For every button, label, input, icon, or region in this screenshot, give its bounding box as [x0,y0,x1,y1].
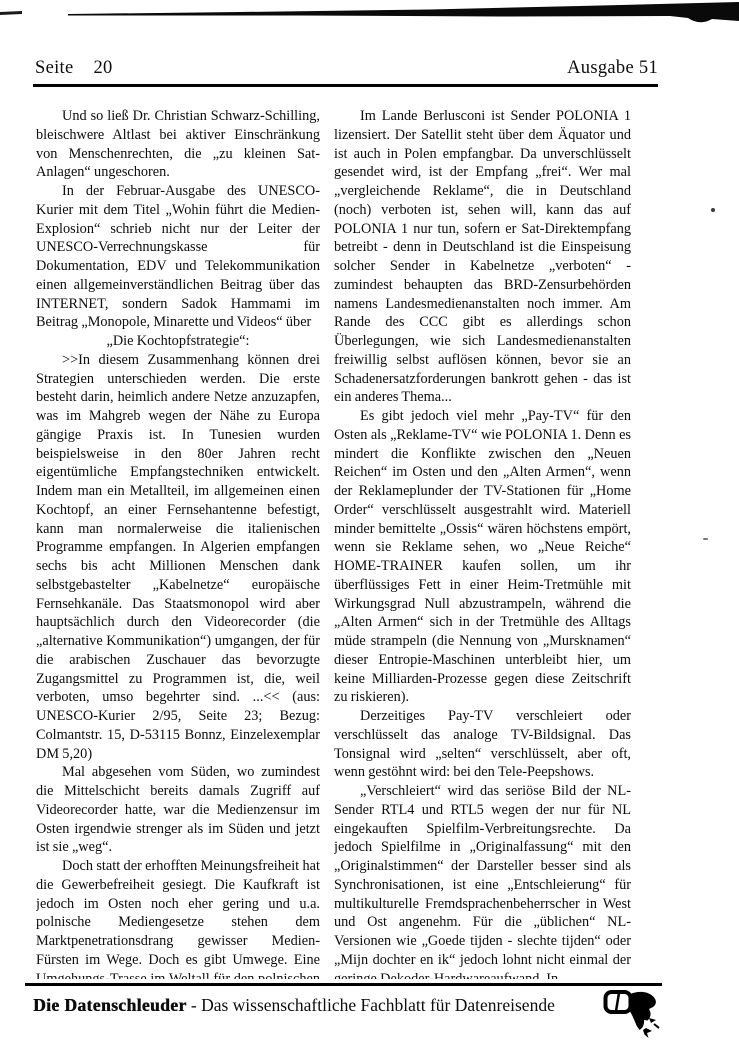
paragraph: Es gibt jedoch viel mehr „Pay-TV“ für de… [334,407,631,707]
issue-number: Ausgabe 51 [567,58,658,79]
page-footer: Die Datenschleuder - Das wissenschaftlic… [33,995,593,1016]
article-body: Und so ließ Dr. Christian Schwarz-Schill… [36,107,631,979]
paragraph: „Die Kochtopfstrategie“: [36,332,320,351]
paragraph: Im Lande Berlusconi ist Sender POLONIA 1… [334,107,631,407]
footer-tagline: Das wissenschaftliche Fachblatt für Date… [201,995,555,1015]
ray-gun-icon [602,987,666,1045]
paragraph: Doch statt der erhofften Meinungsfreihei… [36,857,320,979]
left-column: Und so ließ Dr. Christian Schwarz-Schill… [36,107,320,979]
scan-artifact-top [0,0,739,28]
footer-rule [25,983,662,986]
page-number: Seite 20 [35,58,113,79]
page-number-value: 20 [94,58,113,79]
footer-separator: - [187,995,202,1015]
scan-speck [703,538,708,540]
right-column: Im Lande Berlusconi ist Sender POLONIA 1… [334,107,631,979]
paragraph: In der Februar-Ausgabe des UNESCO-Kurier… [36,182,320,332]
page-label: Seite [35,58,74,79]
paragraph: Mal abgesehen vom Süden, wo zumindest di… [36,763,320,857]
magazine-page: Seite 20 Ausgabe 51 Und so ließ Dr. Chri… [0,0,739,1055]
scan-speck [711,208,715,212]
magazine-title: Die Datenschleuder [33,995,187,1015]
paragraph: Und so ließ Dr. Christian Schwarz-Schill… [36,107,320,182]
paragraph: >>In diesem Zusammenhang können drei Str… [36,351,320,764]
header-rule [33,84,658,87]
page-header: Seite 20 Ausgabe 51 [35,58,658,79]
paragraph: Derzeitiges Pay-TV verschleiert oder ver… [334,707,631,782]
paragraph: „Verschleiert“ wird das seriöse Bild der… [334,782,631,979]
